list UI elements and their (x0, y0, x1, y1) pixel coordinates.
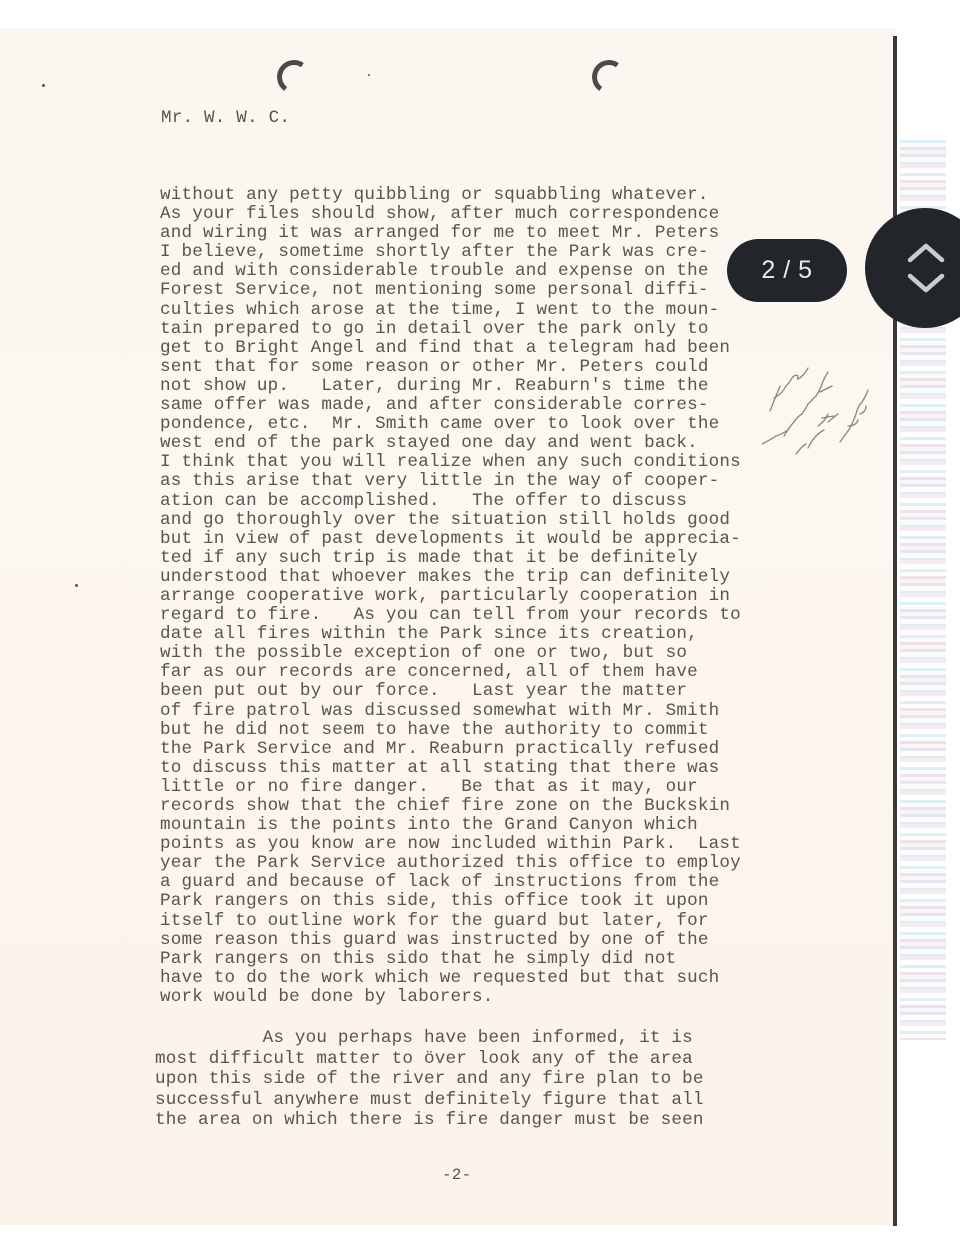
text-line: little or no fire danger. Be that as it … (160, 778, 800, 797)
page-counter-text: 2 / 5 (761, 256, 812, 285)
text-line: itself to outline work for the guard but… (160, 912, 800, 931)
letter-paragraph-2: As you perhaps have been informed, it is… (155, 1028, 795, 1131)
ink-speck (75, 584, 78, 587)
text-line: ted if any such trip is made that it be … (160, 549, 800, 568)
text-line: As you perhaps have been informed, it is (155, 1028, 795, 1049)
text-line: points as you know are now included with… (160, 835, 800, 854)
text-line: date all fires within the Park since its… (160, 625, 800, 644)
text-line: upon this side of the river and any fire… (155, 1069, 795, 1090)
text-line: same offer was made, and after considera… (160, 396, 800, 415)
text-line: the Park Service and Mr. Reaburn practic… (160, 740, 800, 759)
text-line: regard to fire. As you can tell from you… (160, 606, 800, 625)
text-line: not show up. Later, during Mr. Reaburn's… (160, 377, 800, 396)
text-line: west end of the park stayed one day and … (160, 434, 800, 453)
text-line: Park rangers on this side, this office t… (160, 892, 800, 911)
text-line: have to do the work which we requested b… (160, 969, 800, 988)
ink-speck (42, 84, 45, 87)
text-line: without any petty quibbling or squabblin… (160, 186, 800, 205)
text-line: understood that whoever makes the trip c… (160, 568, 800, 587)
text-line: As your files should show, after much co… (160, 205, 800, 224)
text-line: year the Park Service authorized this of… (160, 854, 800, 873)
text-line: a guard and because of lack of instructi… (160, 873, 800, 892)
text-line: most difficult matter to över look any o… (155, 1049, 795, 1070)
handwritten-annotation (762, 356, 882, 466)
page-number: -2- (442, 1166, 471, 1184)
text-line: mountain is the points into the Grand Ca… (160, 816, 800, 835)
text-line: the area on which there is fire danger m… (155, 1110, 795, 1131)
chevron-up-down-icon (904, 242, 948, 294)
text-line: pondence, etc. Mr. Smith came over to lo… (160, 415, 800, 434)
page-counter-badge[interactable]: 2 / 5 (727, 239, 847, 302)
text-line: of fire patrol was discussed somewhat wi… (160, 702, 800, 721)
text-line: but in view of past developments it woul… (160, 530, 800, 549)
text-line: Park rangers on this sido that he simply… (160, 950, 800, 969)
text-line: culties which arose at the time, I went … (160, 301, 800, 320)
text-line: to discuss this matter at all stating th… (160, 759, 800, 778)
text-line: been put out by our force. Last year the… (160, 682, 800, 701)
text-line: as this arise that very little in the wa… (160, 472, 800, 491)
text-line: ation can be accomplished. The offer to … (160, 492, 800, 511)
text-line: some reason this guard was instructed by… (160, 931, 800, 950)
text-line: arrange cooperative work, particularly c… (160, 587, 800, 606)
text-line: Forest Service, not mentioning some pers… (160, 281, 800, 300)
text-line: but he did not seem to have the authorit… (160, 721, 800, 740)
text-line: I believe, sometime shortly after the Pa… (160, 243, 800, 262)
text-line: get to Bright Angel and find that a tele… (160, 339, 800, 358)
text-line: with the possible exception of one or tw… (160, 644, 800, 663)
addressee-line: Mr. W. W. C. (161, 108, 290, 128)
text-line: sent that for some reason or other Mr. P… (160, 358, 800, 377)
text-line: ed and with considerable trouble and exp… (160, 262, 800, 281)
text-line: and go thoroughly over the situation sti… (160, 511, 800, 530)
text-line: far as our records are concerned, all of… (160, 663, 800, 682)
letter-paragraph-1: without any petty quibbling or squabblin… (160, 186, 800, 1007)
text-line: I think that you will realize when any s… (160, 453, 800, 472)
text-line: successful anywhere must definitely figu… (155, 1090, 795, 1111)
text-line: and wiring it was arranged for me to mee… (160, 224, 800, 243)
text-line: work would be done by laborers. (160, 988, 800, 1007)
ink-speck (368, 74, 370, 76)
text-line: records show that the chief fire zone on… (160, 797, 800, 816)
text-line: tain prepared to go in detail over the p… (160, 320, 800, 339)
